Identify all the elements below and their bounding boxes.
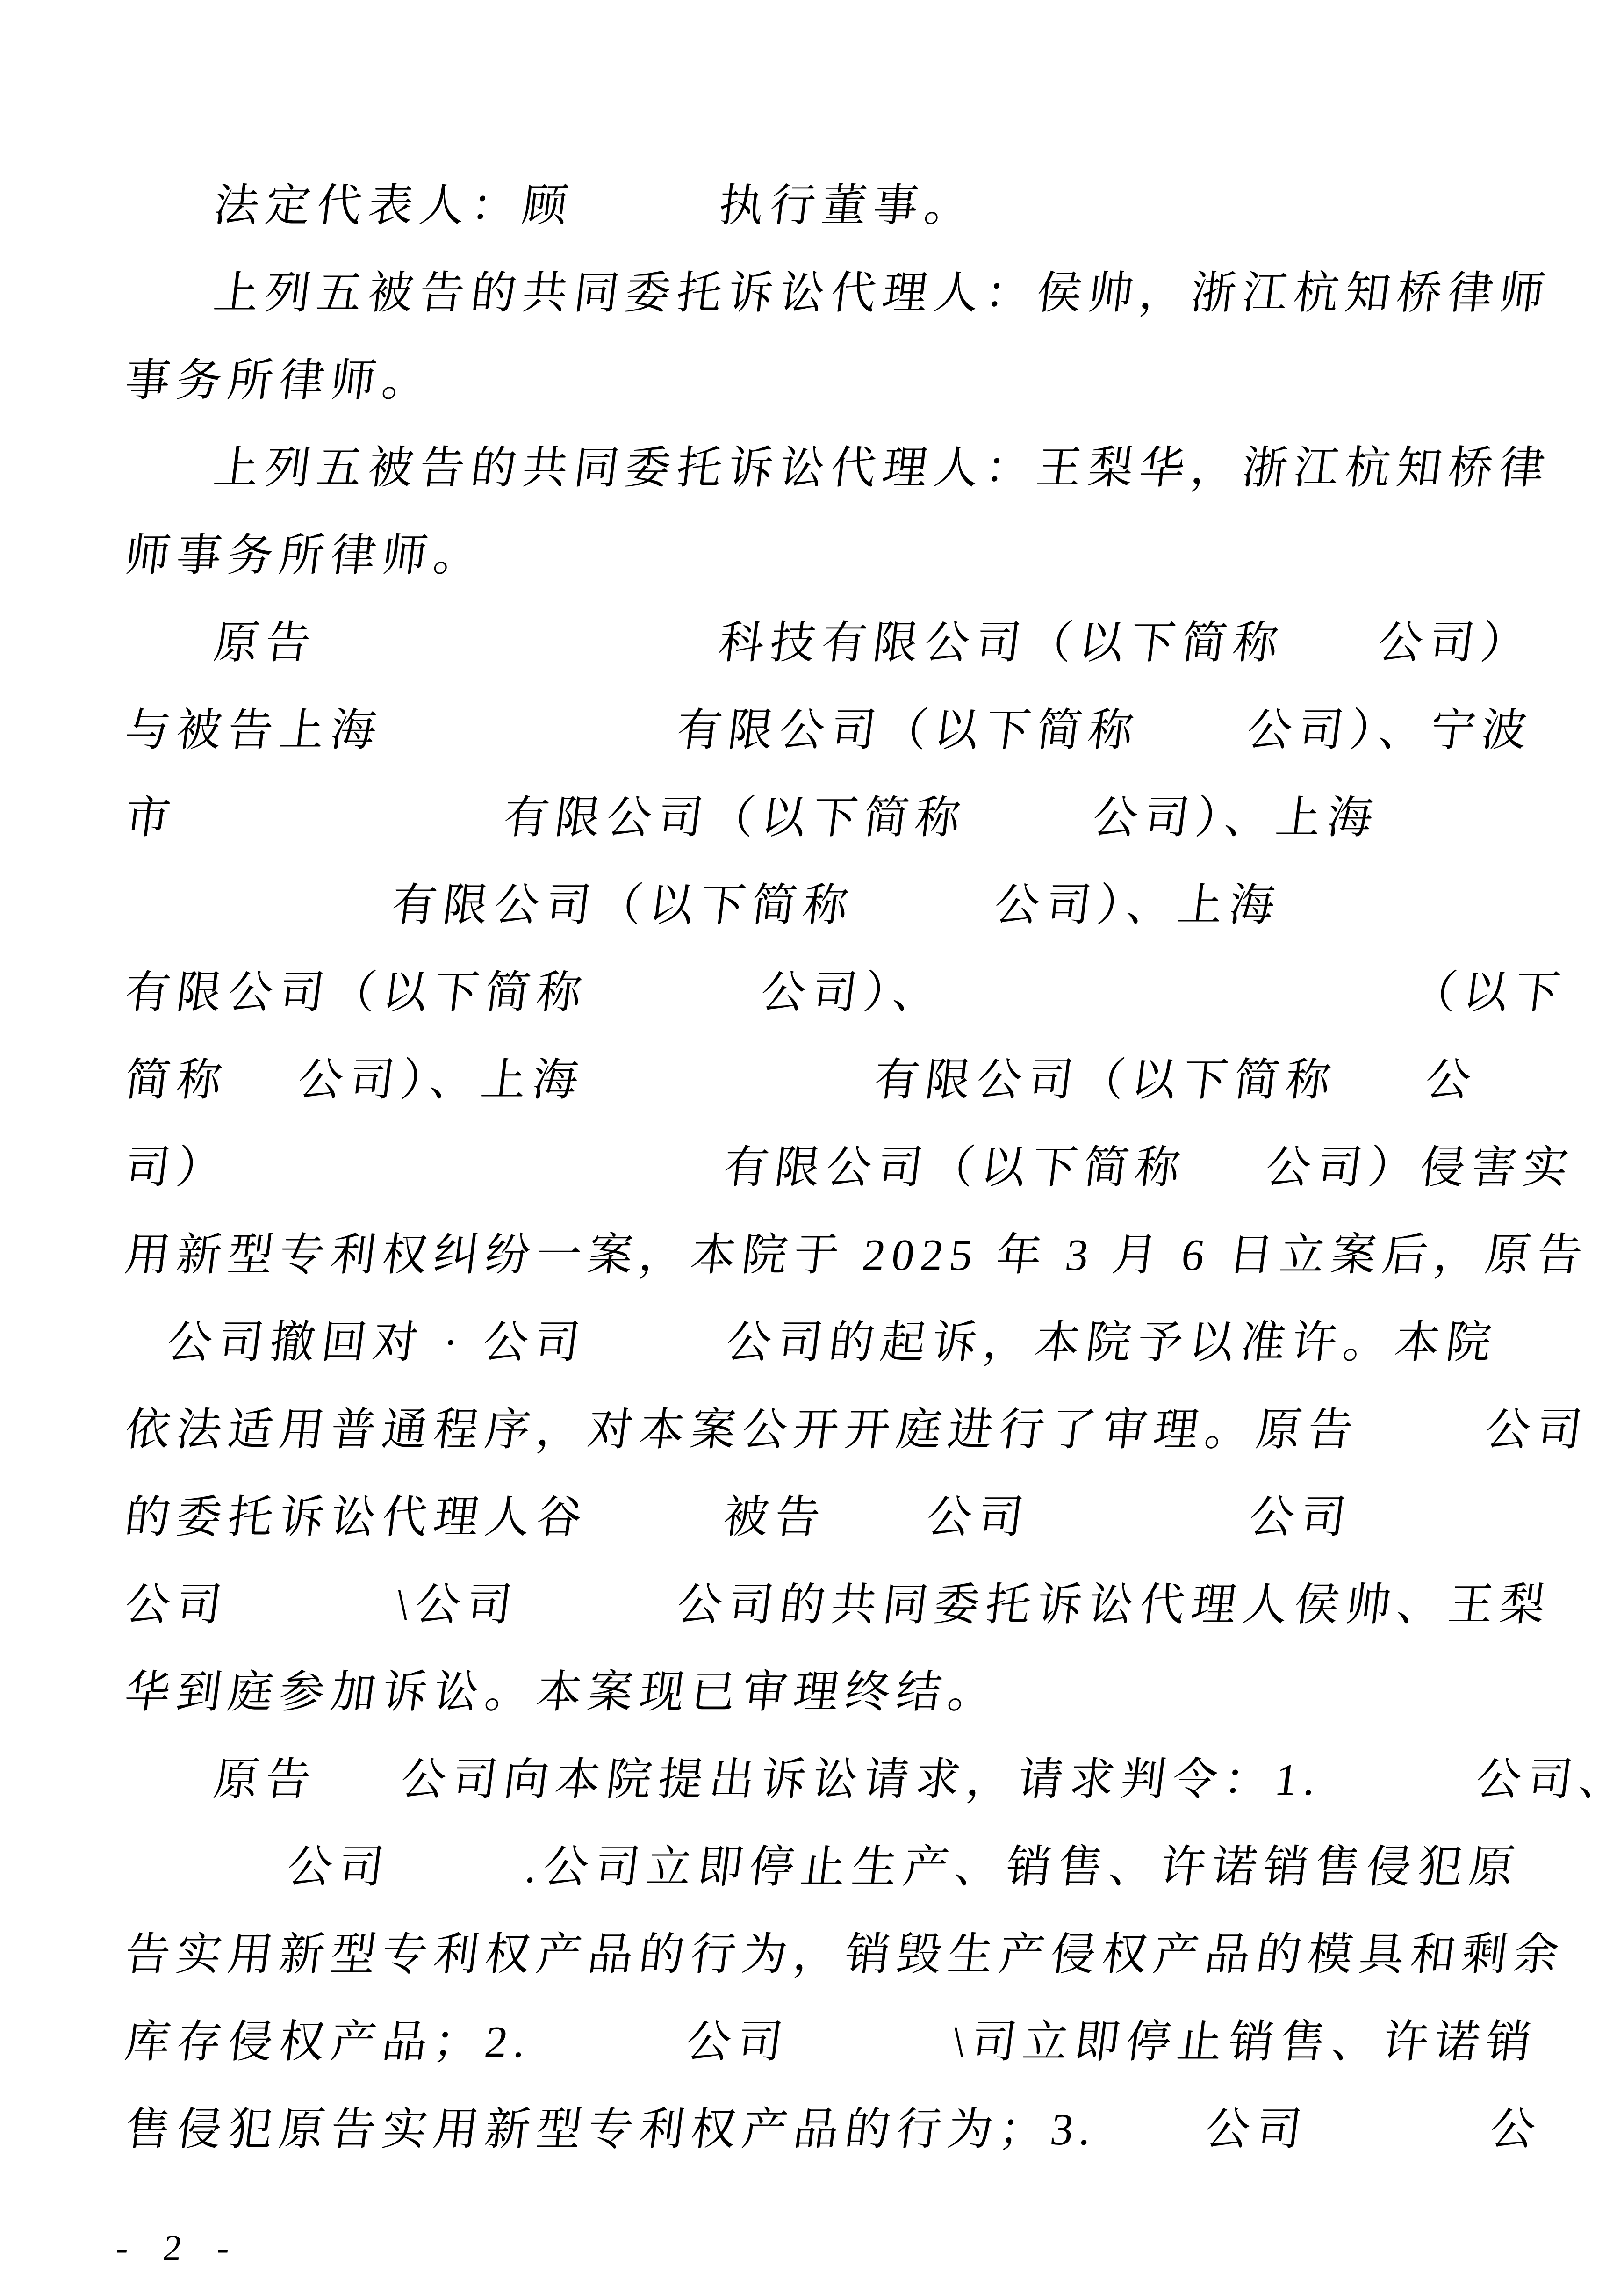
text-segment: 有限公司（以下简称 — [501, 793, 970, 843]
text-line: 市有限公司（以下简称公司）、上海 — [122, 787, 1383, 848]
redaction-gap — [1138, 744, 1245, 745]
text-segment: 公司撤回对 — [164, 1317, 427, 1367]
redaction-gap — [965, 832, 1091, 833]
text-segment: 公司 — [683, 2017, 792, 2067]
text-segment: 上列五被告的共同委托诉讼代理人：侯帅，浙江杭知桥律师 — [211, 268, 1554, 318]
text-segment: 原告 — [211, 1754, 320, 1804]
redaction-gap — [584, 1357, 725, 1357]
redaction-gap — [825, 1531, 925, 1532]
text-line: 公司撤回对·公司公司的起诉，本院予以准许。本院 — [164, 1312, 1502, 1373]
text-line: 售侵犯原告实用新型专利权产品的行为；3.公司公 — [122, 2099, 1545, 2160]
text-segment: （以下 — [1408, 967, 1569, 1018]
text-segment: 公 — [1487, 2104, 1545, 2154]
text-segment: 事务所律师。 — [122, 355, 437, 405]
text-segment: 公司）侵害实 — [1263, 1142, 1577, 1192]
redaction-gap — [226, 1094, 296, 1095]
text-line: 上列五被告的共同委托诉讼代理人：侯帅，浙江杭知桥律师 — [210, 263, 1555, 324]
redaction-gap — [572, 220, 717, 221]
redaction-gap — [423, 1357, 441, 1357]
redaction-gap — [1096, 2143, 1203, 2144]
text-segment: 公司）、上海 — [992, 880, 1284, 930]
redaction-gap — [586, 1007, 759, 1008]
text-line: 简称公司）、上海有限公司（以下简称公 — [122, 1050, 1481, 1111]
text-segment: 公司 — [122, 1580, 231, 1630]
text-segment: .公司立即停止生产、销售、许诺销售侵犯原 — [523, 1842, 1523, 1892]
text-line: 依法适用普通程序，对本案公开开庭进行了审理。原告公司 — [122, 1400, 1592, 1460]
redaction-gap — [1283, 657, 1376, 658]
redaction-gap — [1335, 1094, 1424, 1095]
text-segment: 公司）、上海 — [1090, 793, 1382, 843]
text-line: 用新型专利权纠纷一案，本院于 2025 年 3 月 6 日立案后，原告 — [122, 1225, 1592, 1285]
text-segment: 有限公司（以下简称 — [720, 1142, 1189, 1192]
text-line: 告实用新型专利权产品的行为，销毁生产侵权产品的模具和剩余 — [122, 1924, 1569, 1985]
text-segment: 库存侵权产品；2. — [122, 2017, 535, 2067]
text-segment: 公司 — [1246, 1492, 1355, 1542]
text-line: 公司\公司公司的共同委托诉讼代理人侯帅、王梨 — [122, 1574, 1555, 1635]
text-segment: 科技有限公司（以下简称 — [716, 618, 1287, 668]
page-number: - 2 - — [114, 2227, 245, 2269]
text-segment: 售侵犯原告实用新型专利权产品的行为；3. — [122, 2104, 1100, 2154]
text-segment: 公司）、 — [758, 967, 947, 1018]
text-segment: 公司 — [284, 1842, 393, 1892]
text-segment: 公司 — [1482, 1405, 1591, 1455]
redaction-gap — [853, 919, 993, 920]
text-segment: 被告 — [720, 1492, 829, 1542]
text-segment: 市 — [122, 793, 180, 843]
text-segment: 的委托诉讼代理人谷 — [122, 1492, 591, 1542]
redaction-gap — [381, 744, 675, 745]
redaction-gap — [315, 657, 717, 658]
redaction-gap — [517, 1619, 675, 1620]
text-segment: 简称 — [122, 1055, 231, 1105]
redaction-gap — [942, 1007, 1410, 1008]
redaction-gap — [388, 1881, 524, 1882]
text-segment: 公司的共同委托诉讼代理人侯帅、王梨 — [674, 1580, 1554, 1630]
text-line: 华到庭参加诉讼。本案现已审理终结。 — [122, 1662, 1003, 1723]
text-line: 法定代表人：顾执行董事。 — [210, 175, 980, 236]
redaction-gap — [226, 1619, 395, 1620]
text-segment: 公司、 — [1473, 1754, 1624, 1804]
text-segment: 有限公司（以下简称 — [388, 880, 857, 930]
text-segment: 公司）、上海 — [295, 1055, 587, 1105]
text-line: 事务所律师。 — [122, 350, 438, 411]
text-line: 上列五被告的共同委托诉讼代理人：王梨华，浙江杭知桥律 — [210, 438, 1555, 498]
text-segment: 有限公司（以下简称 — [122, 967, 591, 1018]
text-line: 原告科技有限公司（以下简称公司） — [210, 613, 1536, 673]
text-segment: 与被告上海 — [122, 705, 385, 755]
text-segment: 公司 — [1202, 2104, 1311, 2154]
text-line: 库存侵权产品；2.公司\司立即停止销售、许诺销 — [122, 2012, 1541, 2072]
text-segment: 有限公司（以下简称 — [674, 705, 1143, 755]
text-segment: 依法适用普通程序，对本案公开开庭进行了审理。原告 — [122, 1405, 1362, 1455]
text-segment: 师事务所律师。 — [122, 530, 488, 580]
text-line: 有限公司（以下简称公司）、上海 — [388, 875, 1285, 936]
text-segment: 公司） — [1375, 618, 1535, 668]
text-line: 的委托诉讼代理人谷被告公司公司 — [122, 1487, 1356, 1548]
text-segment: 执行董事。 — [716, 180, 979, 231]
text-line: 原告公司向本院提出诉讼请求，请求判令：1.公司、 — [210, 1749, 1624, 1810]
text-segment: 用新型专利权纠纷一案，本院于 2025 年 3 月 6 日立案后，原告 — [122, 1230, 1591, 1280]
text-segment: 公司）、宁波 — [1244, 705, 1536, 755]
redaction-gap — [586, 1531, 722, 1532]
redaction-gap — [175, 832, 502, 833]
text-segment: 原告 — [211, 618, 320, 668]
redaction-gap — [1358, 1444, 1484, 1445]
text-segment: 公司 — [480, 1317, 589, 1367]
text-segment: 公 — [1423, 1055, 1480, 1105]
text-line: 师事务所律师。 — [122, 525, 489, 586]
document-page: - 2 - 法定代表人：顾执行董事。上列五被告的共同委托诉讼代理人：侯帅，浙江杭… — [0, 0, 1624, 2295]
redaction-gap — [1320, 1794, 1474, 1795]
redaction-gap — [1028, 1531, 1248, 1532]
redaction-gap — [463, 1357, 481, 1357]
text-line: 有限公司（以下简称公司）、（以下 — [122, 962, 1570, 1023]
redaction-gap — [530, 2056, 684, 2057]
redaction-gap — [1185, 1182, 1264, 1183]
text-segment: 公司的起诉，本院予以准许。本院 — [723, 1317, 1501, 1367]
text-segment: 有限公司（以下简称 — [871, 1055, 1340, 1105]
text-segment: \司立即停止销售、许诺销 — [949, 2017, 1540, 2067]
text-segment: \公司 — [393, 1580, 521, 1630]
text-segment: 法定代表人：顾 — [211, 180, 577, 231]
text-line: 公司.公司立即停止生产、销售、许诺销售侵犯原 — [284, 1837, 1524, 1898]
redaction-gap — [1306, 2143, 1488, 2144]
text-segment: 华到庭参加诉讼。本案现已审理终结。 — [122, 1667, 1002, 1717]
redaction-gap — [787, 2056, 951, 2057]
text-segment: 司） — [122, 1142, 231, 1192]
text-segment: 公司 — [924, 1492, 1033, 1542]
text-segment: 告实用新型专利权产品的行为，销毁生产侵权产品的模具和剩余 — [122, 1929, 1568, 1979]
text-line: 司）有限公司（以下简称公司）侵害实 — [122, 1137, 1578, 1198]
redaction-gap — [582, 1094, 872, 1095]
text-line: 与被告上海有限公司（以下简称公司）、宁波 — [122, 700, 1537, 761]
text-segment: · — [440, 1317, 467, 1367]
redaction-gap — [226, 1182, 722, 1183]
redaction-gap — [315, 1794, 399, 1795]
text-segment: 公司向本院提出诉讼请求，请求判令：1. — [398, 1754, 1325, 1804]
text-segment: 上列五被告的共同委托诉讼代理人：王梨华，浙江杭知桥律 — [211, 443, 1554, 493]
